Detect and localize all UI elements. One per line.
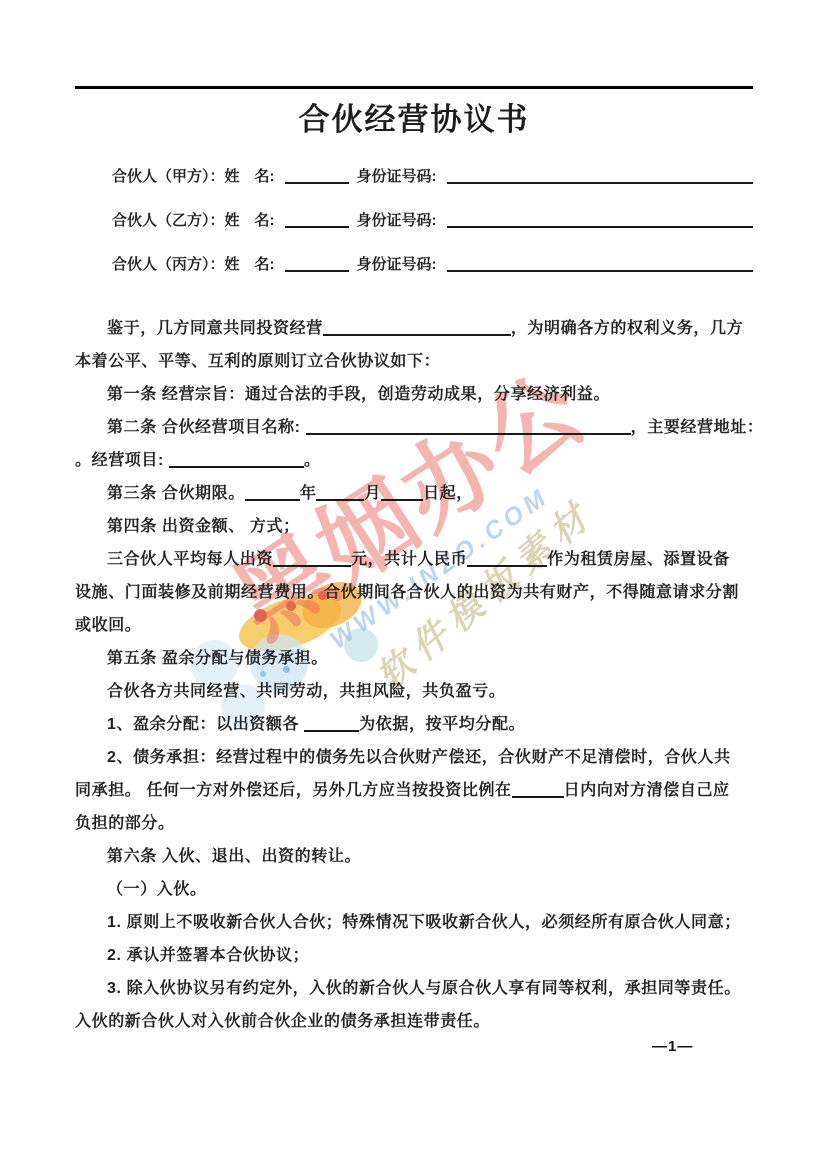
document-page: 黑姻办公 WWW.INZO.COM 软件模板素材 合伙经营协议书 合伙人（甲方）…	[0, 0, 827, 1169]
text-run: 第四条 出资金额、 方式；	[107, 518, 300, 535]
text-run: 第五条 盈余分配与债务承担。	[107, 650, 328, 667]
body-line: 第二条 合伙经营项目名称: ，主要经营地址：	[75, 411, 767, 444]
body-line: 鉴于，几方同意共同投资经营，为明确各方的权利义务，几方	[75, 312, 767, 345]
text-run: 1、盈余分配：以出资额各	[107, 716, 304, 733]
party-c-name-field[interactable]	[285, 256, 349, 272]
blank-field[interactable]	[381, 485, 423, 501]
text-run: 月	[364, 485, 381, 502]
body-line: 或收回。	[75, 609, 767, 642]
blank-field[interactable]	[316, 485, 364, 501]
party-a-name-label: 合伙人（甲方）：姓 名:	[112, 168, 275, 185]
text-run: 同承担。 任何一方对外偿还后，另外几方应当按投资比例在	[75, 782, 512, 799]
blank-field[interactable]	[512, 782, 564, 798]
text-run: 为依据，按平均分配。	[359, 716, 525, 733]
text-run: 3. 除入伙协议另有约定外，入伙的新合伙人与原合伙人享有同等权利，承担同等责任。	[107, 980, 741, 997]
text-run: 作为租赁房屋、添置设备	[547, 551, 730, 568]
body-line: 2. 承认并签署本合伙协议；	[75, 939, 767, 972]
text-run: 负担的部分。	[75, 815, 175, 832]
body-line: 第一条 经营宗旨：通过合法的手段，创造劳动成果，分享经济利益。	[75, 378, 767, 411]
party-row-b: 合伙人（乙方）：姓 名:身份证号码:	[112, 199, 752, 243]
blank-field[interactable]	[245, 485, 300, 501]
blank-field[interactable]	[467, 551, 547, 567]
text-run: 年	[300, 485, 317, 502]
party-a-name-field[interactable]	[285, 168, 349, 184]
text-run: 日起，	[423, 485, 473, 502]
body-line: 第四条 出资金额、 方式；	[75, 510, 767, 543]
party-a-id-label: 身份证号码:	[357, 168, 437, 185]
blank-field[interactable]	[169, 452, 304, 468]
text-run: 。	[304, 452, 321, 469]
text-run: 2、债务承担：经营过程中的债务先以合伙财产偿还，合伙财产不足清偿时，合伙人共	[107, 749, 731, 766]
text-run: 第六条 入伙、退出、出资的转让。	[107, 848, 361, 865]
text-run: 元，共计人民币	[351, 551, 467, 568]
party-c-id-field[interactable]	[447, 256, 753, 272]
body-line: 。经营项目: 。	[75, 444, 767, 477]
blank-field[interactable]	[323, 320, 511, 336]
blank-field[interactable]	[304, 716, 359, 732]
text-run: 第一条 经营宗旨：通过合法的手段，创造劳动成果，分享经济利益。	[107, 386, 610, 403]
text-run: 合伙各方共同经营、共同劳动，共担风险，共负盈亏。	[107, 683, 505, 700]
text-run: 1. 原则上不吸收新合伙人合伙；特殊情况下吸收新合伙人，必须经所有原合伙人同意；	[107, 914, 741, 931]
party-c-id-label: 身份证号码:	[357, 256, 437, 273]
parties-section: 合伙人（甲方）：姓 名:身份证号码: 合伙人（乙方）：姓 名:身份证号码: 合伙…	[112, 155, 752, 287]
text-run: 本着公平、平等、互利的原则订立合伙协议如下：	[75, 353, 440, 370]
text-run: ，主要经营地址：	[631, 419, 764, 436]
agreement-body: 鉴于，几方同意共同投资经营，为明确各方的权利义务，几方本着公平、平等、互利的原则…	[75, 312, 767, 1038]
party-row-c: 合伙人（丙方）：姓 名:身份证号码:	[112, 243, 752, 287]
party-a-id-field[interactable]	[447, 168, 753, 184]
text-run: 三合伙人平均每人出资	[107, 551, 273, 568]
text-run: 或收回。	[75, 617, 141, 634]
body-line: 本着公平、平等、互利的原则订立合伙协议如下：	[75, 345, 767, 378]
party-b-id-field[interactable]	[447, 212, 753, 228]
body-line: 第六条 入伙、退出、出资的转让。	[75, 840, 767, 873]
body-line: 三合伙人平均每人出资元，共计人民币作为租赁房屋、添置设备	[75, 543, 767, 576]
text-run: 鉴于，几方同意共同投资经营	[107, 320, 323, 337]
text-run: 设施、门面装修及前期经营费用。合伙期间各合伙人的出资为共有财产，不得随意请求分割	[75, 584, 739, 601]
body-line: （一）入伙。	[75, 873, 767, 906]
body-line: 第五条 盈余分配与债务承担。	[75, 642, 767, 675]
document-title: 合伙经营协议书	[75, 94, 753, 139]
party-b-name-label: 合伙人（乙方）：姓 名:	[112, 212, 275, 229]
text-run: 。经营项目:	[75, 452, 169, 469]
blank-field[interactable]	[273, 551, 351, 567]
body-line: 入伙的新合伙人对入伙前合伙企业的债务承担连带责任。	[75, 1005, 767, 1038]
body-line: 2、债务承担：经营过程中的债务先以合伙财产偿还，合伙财产不足清偿时，合伙人共	[75, 741, 767, 774]
body-line: 合伙各方共同经营、共同劳动，共担风险，共负盈亏。	[75, 675, 767, 708]
text-run: 第三条 合伙期限。	[107, 485, 245, 502]
text-run: 2. 承认并签署本合伙协议；	[107, 947, 309, 964]
body-line: 1. 原则上不吸收新合伙人合伙；特殊情况下吸收新合伙人，必须经所有原合伙人同意；	[75, 906, 767, 939]
page-number: —1—	[652, 1038, 693, 1055]
text-run: （一）入伙。	[107, 881, 207, 898]
text-run: ，为明确各方的权利义务，几方	[511, 320, 743, 337]
party-b-name-field[interactable]	[285, 212, 349, 228]
party-row-a: 合伙人（甲方）：姓 名:身份证号码:	[112, 155, 752, 199]
body-line: 同承担。 任何一方对外偿还后，另外几方应当按投资比例在日内向对方清偿自己应	[75, 774, 767, 807]
party-c-name-label: 合伙人（丙方）：姓 名:	[112, 256, 275, 273]
header-rule	[75, 86, 753, 89]
text-run: 入伙的新合伙人对入伙前合伙企业的债务承担连带责任。	[75, 1013, 490, 1030]
body-line: 1、盈余分配：以出资额各 为依据，按平均分配。	[75, 708, 767, 741]
body-line: 3. 除入伙协议另有约定外，入伙的新合伙人与原合伙人享有同等权利，承担同等责任。	[75, 972, 767, 1005]
text-run: 第二条 合伙经营项目名称:	[107, 419, 306, 436]
body-line: 负担的部分。	[75, 807, 767, 840]
text-run: 日内向对方清偿自己应	[564, 782, 730, 799]
body-line: 第三条 合伙期限。年月日起，	[75, 477, 767, 510]
blank-field[interactable]	[306, 419, 631, 435]
party-b-id-label: 身份证号码:	[357, 212, 437, 229]
body-line: 设施、门面装修及前期经营费用。合伙期间各合伙人的出资为共有财产，不得随意请求分割	[75, 576, 767, 609]
